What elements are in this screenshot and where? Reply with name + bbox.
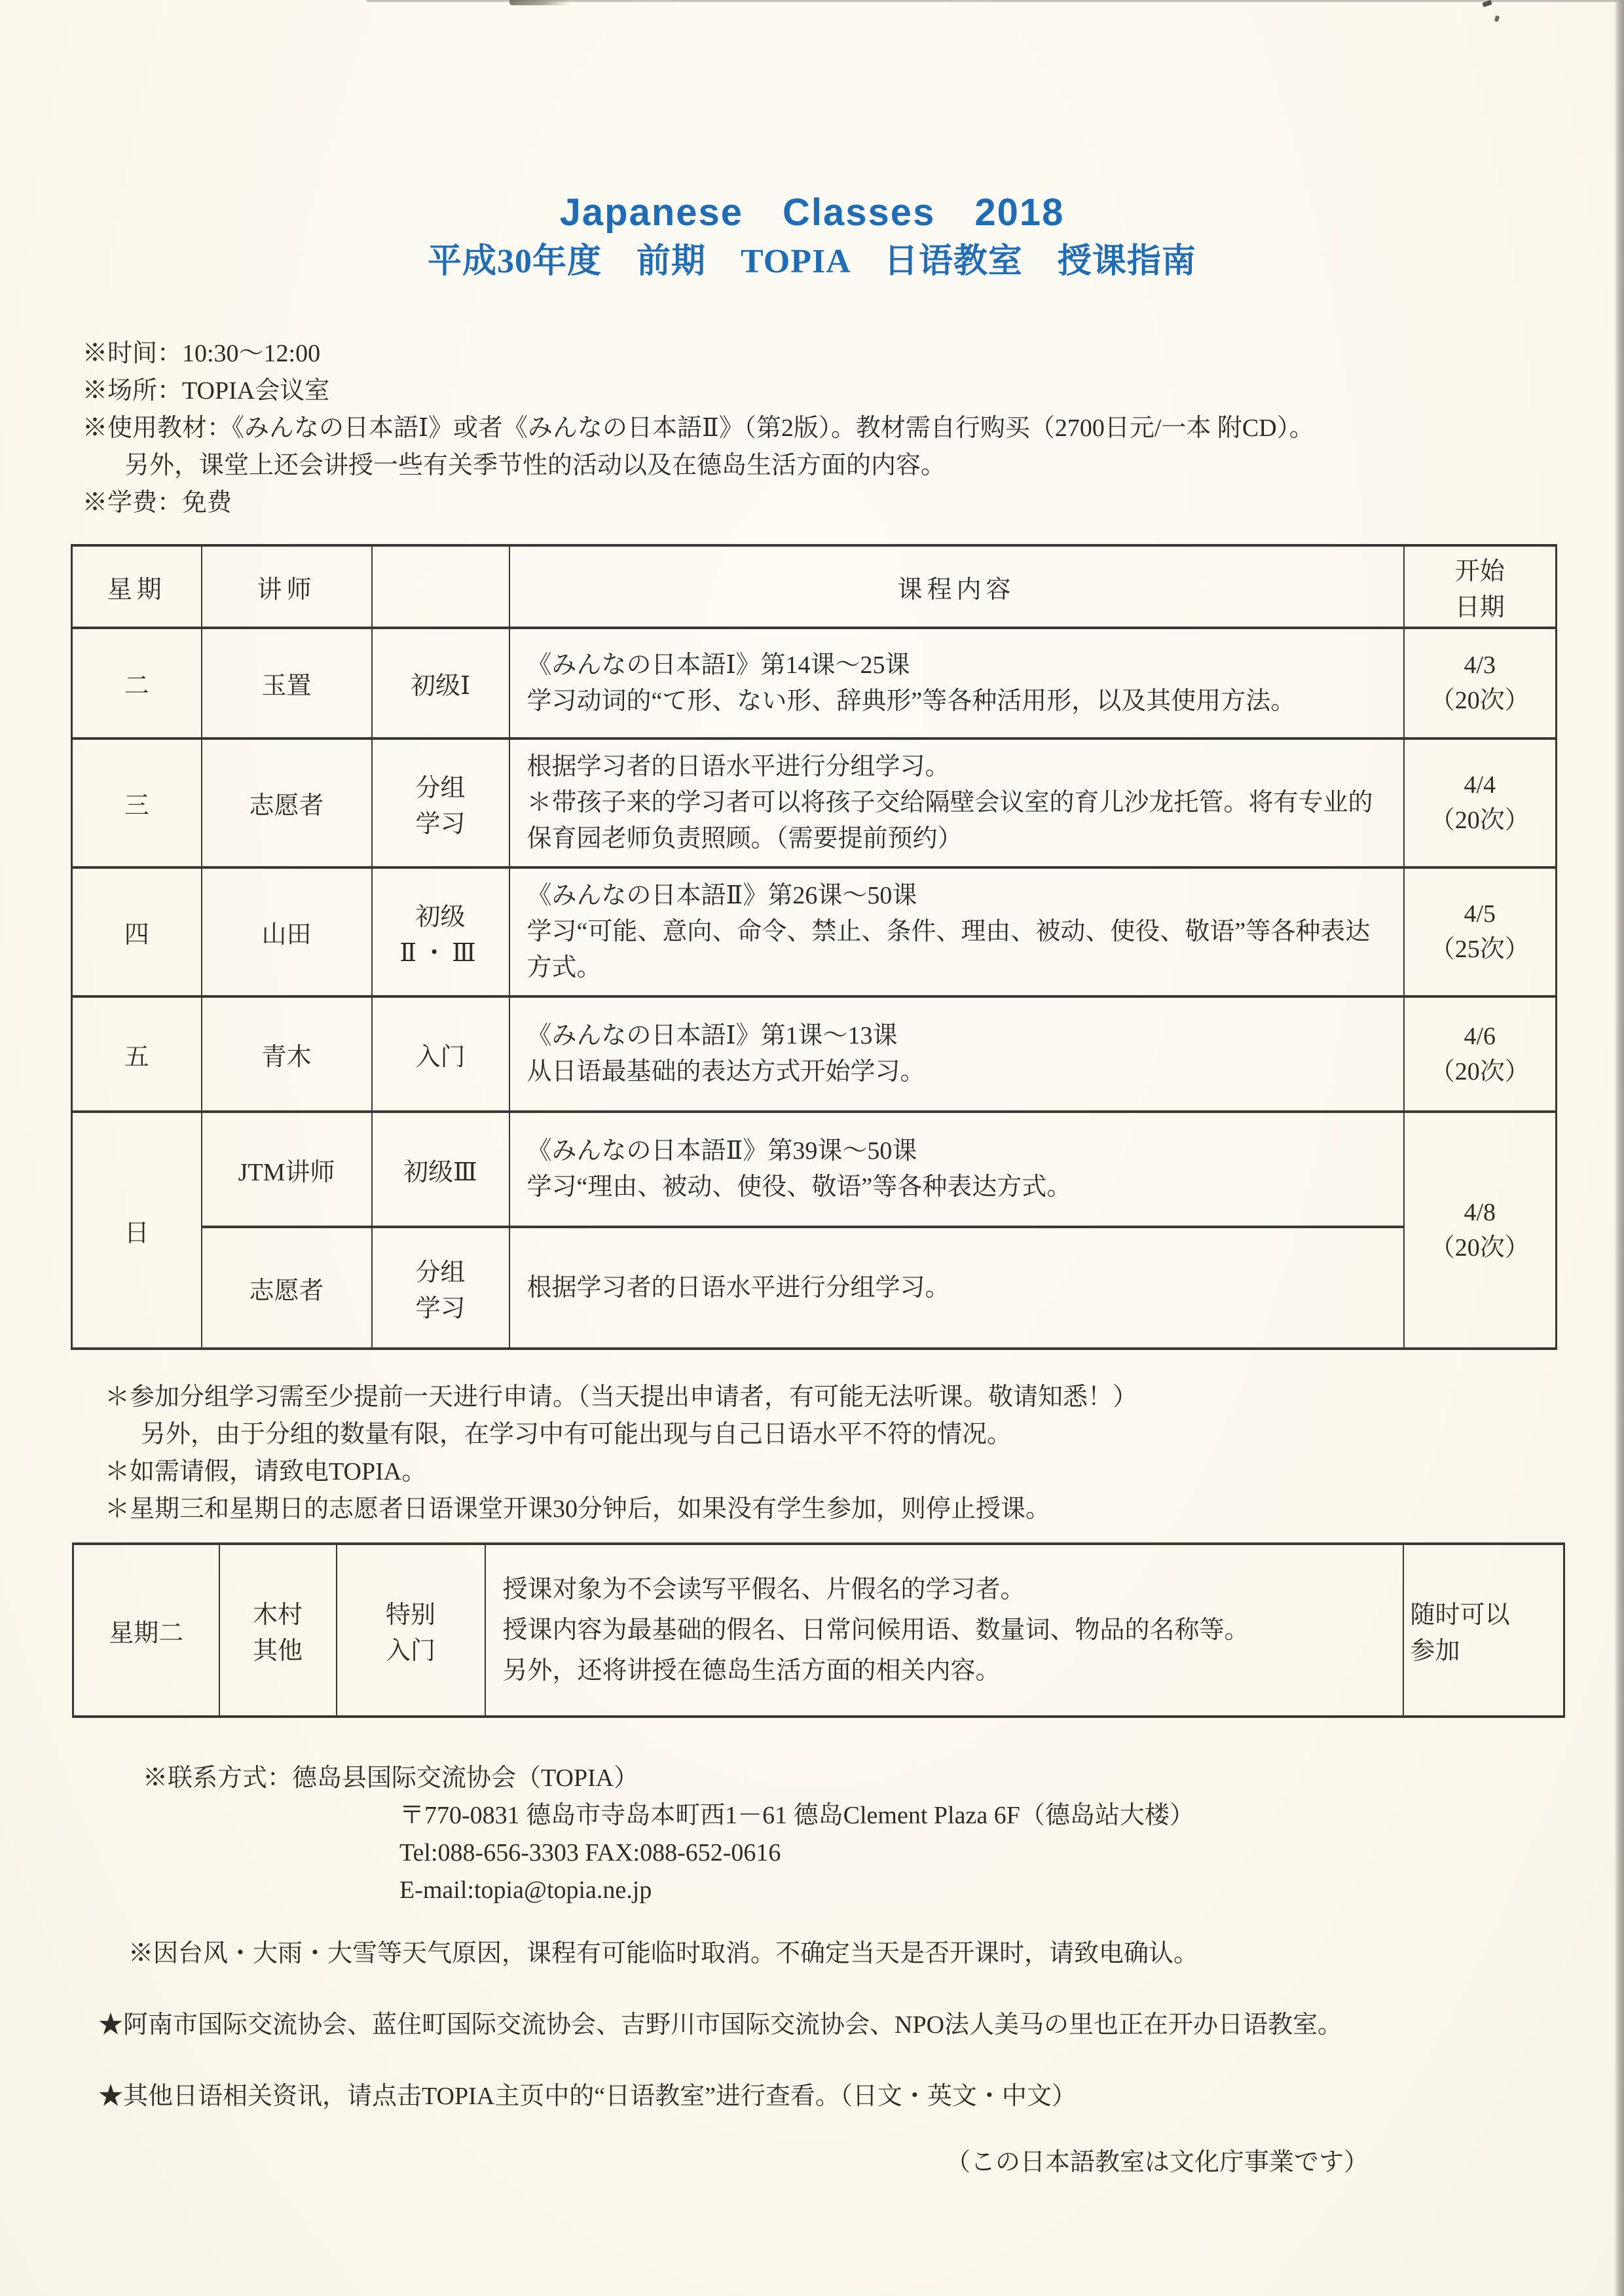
note-line: ＊参加分组学习需至少提前一天进行申请。（当天提出申请者，有可能无法听课。敬请知悉… — [105, 1379, 1624, 1416]
start-date-cell: 4/8 （20次） — [1404, 1112, 1557, 1349]
table-row-friday: 五 青木 入门 《みんなの日本語Ⅰ》第1课～13课 从日语最基础的表达方式开始学… — [72, 996, 1557, 1112]
col-header-start: 开始 日期 — [1404, 545, 1557, 628]
course-info: ※时间：10:30～12:00 ※场所：TOPIA会议室 ※使用教材：《みんなの… — [83, 335, 1624, 522]
note-line: ＊星期三和星期日的志愿者日语课堂开课30分钟后，如果没有学生参加，则停止授课。 — [105, 1491, 1624, 1528]
level-cell: 分组 学习 — [372, 1227, 509, 1349]
table-row-thursday: 四 山田 初级 Ⅱ・Ⅲ 《みんなの日本語Ⅱ》第26课～50课 学习“可能、意向、… — [72, 867, 1557, 996]
teacher-cell: 志愿者 — [202, 1227, 372, 1349]
schedule-header-row: 星期 讲师 课程内容 开始 日期 — [72, 545, 1557, 628]
level-cell: 初级Ⅰ — [372, 628, 509, 738]
level-cell: 初级 Ⅱ・Ⅲ — [372, 867, 509, 996]
info-place: ※场所：TOPIA会议室 — [83, 373, 1624, 410]
info-fee: ※学费：免费 — [83, 484, 1624, 522]
day-cell: 星期二 — [73, 1544, 219, 1717]
header: Japanese Classes 2018 平成30年度 前期 TOPIA 日语… — [0, 0, 1624, 279]
day-cell: 三 — [72, 738, 202, 867]
col-header-content: 课程内容 — [509, 545, 1404, 628]
page-title-chinese: 平成30年度 前期 TOPIA 日语教室 授课指南 — [0, 245, 1624, 279]
special-class-table: 星期二 木村 其他 特别 入门 授课对象为不会读写平假名、片假名的学习者。 授课… — [72, 1542, 1565, 1718]
contact-info: ※联系方式：德岛县国际交流协会（TOPIA） 〒770-0831 德岛市寺岛本町… — [143, 1760, 1624, 1909]
document-page: Japanese Classes 2018 平成30年度 前期 TOPIA 日语… — [0, 0, 1624, 2296]
start-date-cell: 随时可以 参加 — [1403, 1544, 1564, 1717]
contact-address: 〒770-0831 德岛市寺岛本町西1－61 德岛Clement Plaza 6… — [399, 1797, 1624, 1834]
content-cell: 《みんなの日本語Ⅰ》第14课～25课 学习动词的“て形、ない形、辞典形”等各种活… — [509, 628, 1404, 738]
table-row-wednesday: 三 志愿者 分组 学习 根据学习者的日语水平进行分组学习。 ＊带孩子来的学习者可… — [72, 738, 1557, 867]
contact-phone: Tel:088-656-3303 FAX:088-652-0616 — [399, 1834, 1624, 1872]
contact-heading: ※联系方式：德岛县国际交流协会（TOPIA） — [143, 1760, 1624, 1797]
teacher-cell: 志愿者 — [202, 738, 372, 867]
content-cell: 根据学习者的日语水平进行分组学习。 — [509, 1227, 1404, 1349]
start-date-cell: 4/6 （20次） — [1404, 996, 1557, 1112]
level-cell: 特别 入门 — [337, 1544, 485, 1717]
day-cell: 二 — [72, 628, 202, 738]
table-row-special: 星期二 木村 其他 特别 入门 授课对象为不会读写平假名、片假名的学习者。 授课… — [73, 1544, 1564, 1717]
level-cell: 初级Ⅲ — [372, 1112, 509, 1227]
table-row-sunday-jtm: 日 JTM讲师 初级Ⅲ 《みんなの日本語Ⅱ》第39课～50课 学习“理由、被动、… — [72, 1112, 1557, 1227]
agency-note: （この日本語教室は文化庁事業です） — [0, 2141, 1369, 2178]
teacher-cell: 玉置 — [202, 628, 372, 738]
teacher-cell: 青木 — [202, 996, 372, 1112]
other-associations-note: ★阿南市国际交流协会、蓝住町国际交流协会、吉野川市国际交流协会、NPO法人美马の… — [98, 2004, 1624, 2040]
content-cell: 授课对象为不会读写平假名、片假名的学习者。 授课内容为最基础的假名、日常问候用语… — [485, 1544, 1403, 1717]
level-cell: 分组 学习 — [372, 738, 509, 867]
content-cell: 《みんなの日本語Ⅰ》第1课～13课 从日语最基础的表达方式开始学习。 — [509, 996, 1404, 1112]
day-cell: 日 — [72, 1112, 202, 1349]
notes: ＊参加分组学习需至少提前一天进行申请。（当天提出申请者，有可能无法听课。敬请知悉… — [105, 1379, 1624, 1528]
weather-cancellation-note: ※因台风・大雨・大雪等天气原因，课程有可能临时取消。不确定当天是否开课时，请致电… — [128, 1933, 1624, 1969]
info-textbook: ※使用教材：《みんなの日本語Ⅰ》或者《みんなの日本語Ⅱ》（第2版）。教材需自行购… — [83, 410, 1624, 447]
start-date-cell: 4/3 （20次） — [1404, 628, 1557, 738]
col-header-level — [372, 545, 509, 628]
contact-email: E-mail:topia@topia.ne.jp — [399, 1872, 1624, 1909]
schedule-table: 星期 讲师 课程内容 开始 日期 二 玉置 初级Ⅰ 《みんなの日本語Ⅰ》第14课… — [71, 544, 1557, 1350]
level-cell: 入门 — [372, 996, 509, 1112]
info-textbook-extra: 另外，课堂上还会讲授一些有关季节性的活动以及在德岛生活方面的内容。 — [124, 447, 1624, 484]
day-cell: 四 — [72, 867, 202, 996]
start-date-cell: 4/4 （20次） — [1404, 738, 1557, 867]
col-header-teacher: 讲师 — [202, 545, 372, 628]
col-header-day: 星期 — [72, 545, 202, 628]
day-cell: 五 — [72, 996, 202, 1112]
table-row-tuesday: 二 玉置 初级Ⅰ 《みんなの日本語Ⅰ》第14课～25课 学习动词的“て形、ない形… — [72, 628, 1557, 738]
scan-smudge-artifact — [509, 0, 570, 5]
content-cell: 《みんなの日本語Ⅱ》第26课～50课 学习“可能、意向、命令、禁止、条件、理由、… — [509, 867, 1404, 996]
table-row-sunday-volunteer: 志愿者 分组 学习 根据学习者的日语水平进行分组学习。 — [72, 1227, 1557, 1349]
teacher-cell: 木村 其他 — [219, 1544, 337, 1717]
note-line: 另外，由于分组的数量有限，在学习中有可能出现与自己日语水平不符的情况。 — [141, 1416, 1624, 1453]
content-cell: 根据学习者的日语水平进行分组学习。 ＊带孩子来的学习者可以将孩子交给隔壁会议室的… — [509, 738, 1404, 867]
other-info-note: ★其他日语相关资讯，请点击TOPIA主页中的“日语教室”进行查看。（日文・英文・… — [98, 2075, 1624, 2111]
teacher-cell: JTM讲师 — [202, 1112, 372, 1227]
note-line: ＊如需请假，请致电TOPIA。 — [105, 1453, 1624, 1491]
teacher-cell: 山田 — [202, 867, 372, 996]
page-title-english: Japanese Classes 2018 — [0, 194, 1624, 232]
start-date-cell: 4/5 （25次） — [1404, 867, 1557, 996]
scan-right-edge-artifact — [1614, 0, 1624, 2296]
info-time: ※时间：10:30～12:00 — [83, 335, 1624, 373]
content-cell: 《みんなの日本語Ⅱ》第39课～50课 学习“理由、被动、使役、敬语”等各种表达方… — [509, 1112, 1404, 1227]
